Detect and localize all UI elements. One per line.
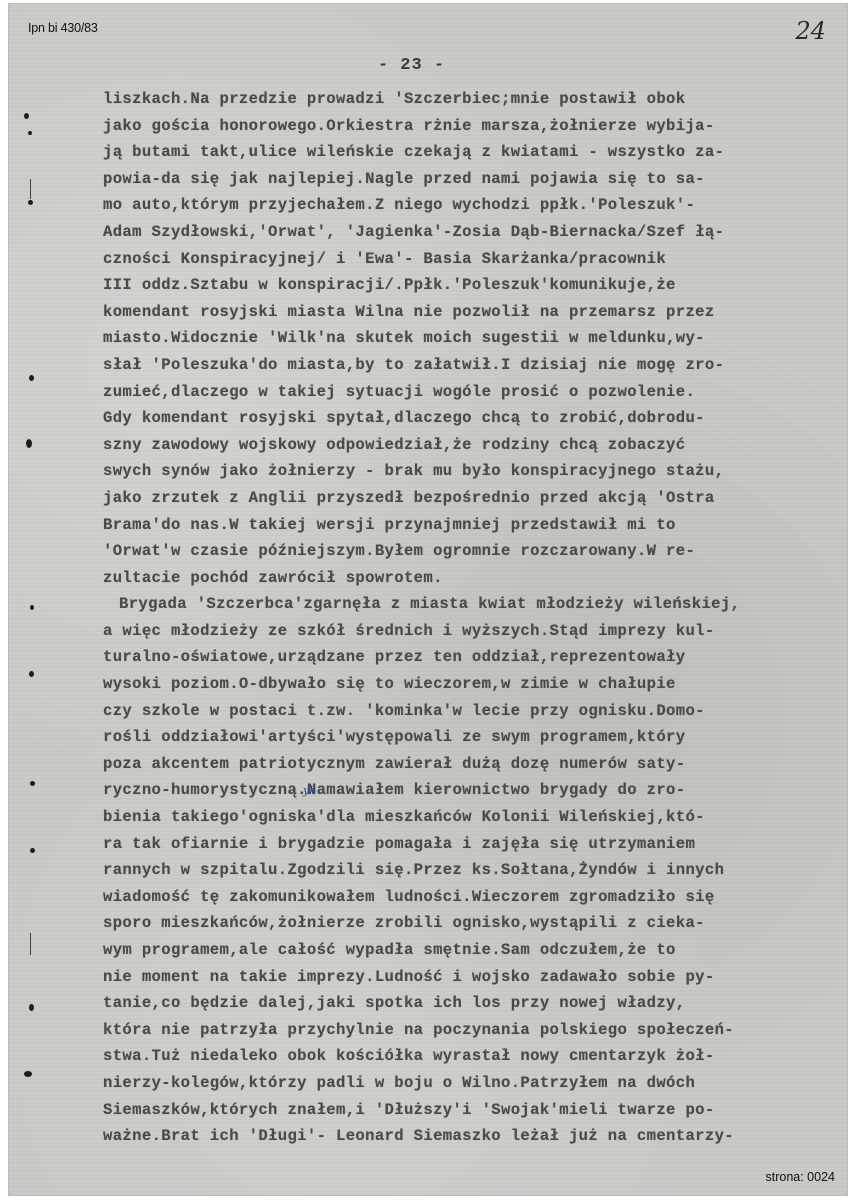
- margin-mark-icon: [28, 131, 32, 135]
- margin-mark-icon: [30, 605, 34, 610]
- text-line: Adam Szydłowski,'Orwat', 'Jagienka'-Zosi…: [103, 219, 823, 246]
- archive-reference: Ipn bi 430/83: [28, 21, 98, 35]
- margin-mark-icon: [30, 781, 35, 786]
- margin-mark-icon: [26, 439, 32, 448]
- margin-mark-icon: [29, 671, 34, 677]
- text-line: komendant rosyjski miasta Wilna nie pozw…: [103, 299, 823, 326]
- text-line: ją butami takt,ulice wileńskie czekają z…: [103, 139, 823, 166]
- text-line: nierzy-kolegów,którzy padli w boju o Wil…: [103, 1070, 823, 1097]
- text-line: rośli oddziałowi'artyści'występowali ze …: [103, 724, 823, 751]
- page-number-text: - 23 -: [378, 56, 445, 75]
- text-line: tanie,co będzie dalej,jaki spotka ich lo…: [103, 990, 823, 1017]
- text-line: mo auto,którym przyjechałem.Z niego wych…: [103, 192, 823, 219]
- text-line: wysoki poziom.O-dbywało się to wieczorem…: [103, 671, 823, 698]
- text-line: zultacie pochód zawrócił spowrotem.: [103, 565, 823, 592]
- text-line: ryczno-humorystyczną.Namawiałem kierowni…: [103, 777, 823, 804]
- text-line: wiadomość tę zakomunikowałem ludności.Wi…: [103, 884, 823, 911]
- text-line: zumieć,dlaczego w takiej sytuacji wogóle…: [103, 379, 823, 406]
- text-line: Brama'do nas.W takiej wersji przynajmnie…: [103, 512, 823, 539]
- text-line: jako gościa honorowego.Orkiestra rżnie m…: [103, 113, 823, 140]
- margin-mark-icon: [29, 375, 34, 381]
- text-line: słał 'Poleszuka'do miasta,by to załatwił…: [103, 352, 823, 379]
- text-line: a więc młodzieży ze szkół średnich i wyż…: [103, 618, 823, 645]
- margin-mark-icon: [24, 1071, 32, 1077]
- margin-stroke-icon: [30, 179, 31, 199]
- text-line: liszkach.Na przedzie prowadzi 'Szczerbie…: [103, 86, 823, 113]
- text-line: turalno-oświatowe,urządzane przez ten od…: [103, 644, 823, 671]
- text-line: czności Konspiracyjnej/ i 'Ewa'- Basia S…: [103, 246, 823, 273]
- margin-stroke-icon: [30, 933, 31, 955]
- typescript-body: liszkach.Na przedzie prowadzi 'Szczerbie…: [103, 86, 823, 1150]
- margin-mark-icon: [30, 848, 35, 853]
- text-line: swych synów jako żołnierzy - brak mu był…: [103, 458, 823, 485]
- text-line: powia-da się jak najlepiej.Nagle przed n…: [103, 166, 823, 193]
- text-line: sporo mieszkańców,żołnierze zrobili ogni…: [103, 910, 823, 937]
- text-line: Brygada 'Szczerbca'zgarnęła z miasta kwi…: [103, 591, 823, 618]
- text-line: nie moment na takie imprezy.Ludność i wo…: [103, 964, 823, 991]
- page-number: - 23 -: [0, 56, 853, 75]
- text-line: Gdy komendant rosyjski spytał,dlaczego c…: [103, 405, 823, 432]
- text-line: która nie patrzyła przychylnie na poczyn…: [103, 1017, 823, 1044]
- text-line: czy szkole w postaci t.zw. 'kominka'w le…: [103, 698, 823, 725]
- margin-mark-icon: [29, 1004, 34, 1011]
- text-line: III oddz.Sztabu w konspiracji/.Ppłk.'Pol…: [103, 272, 823, 299]
- text-line: szny zawodowy wojskowy odpowiedział,że r…: [103, 432, 823, 459]
- text-line: ra tak ofiarnie i brygadzie pomagała i z…: [103, 831, 823, 858]
- text-line: ważne.Brat ich 'Długi'- Leonard Siemaszk…: [103, 1123, 823, 1150]
- handwritten-folio-number: 24: [795, 17, 826, 45]
- text-line: bienia takiego'ogniska'dla mieszkańców K…: [103, 804, 823, 831]
- handwritten-correction: yh: [303, 784, 316, 797]
- margin-mark-icon: [24, 113, 29, 119]
- text-line: wym programem,ale całość wypadła smętnie…: [103, 937, 823, 964]
- text-line: Siemaszków,których znałem,i 'Dłuższy'i '…: [103, 1097, 823, 1124]
- margin-mark-icon: [28, 200, 33, 205]
- text-line: miasto.Widocznie 'Wilk'na skutek moich s…: [103, 325, 823, 352]
- text-line: jako zrzutek z Anglii przyszedł bezpośre…: [103, 485, 823, 512]
- text-line: poza akcentem patriotycznym zawierał duż…: [103, 751, 823, 778]
- text-line: 'Orwat'w czasie późniejszym.Byłem ogromn…: [103, 538, 823, 565]
- text-line: rannych w szpitalu.Zgodzili się.Przez ks…: [103, 857, 823, 884]
- page-stamp: strona: 0024: [766, 1170, 836, 1184]
- text-line: stwa.Tuż niedaleko obok kościółka wyrast…: [103, 1043, 823, 1070]
